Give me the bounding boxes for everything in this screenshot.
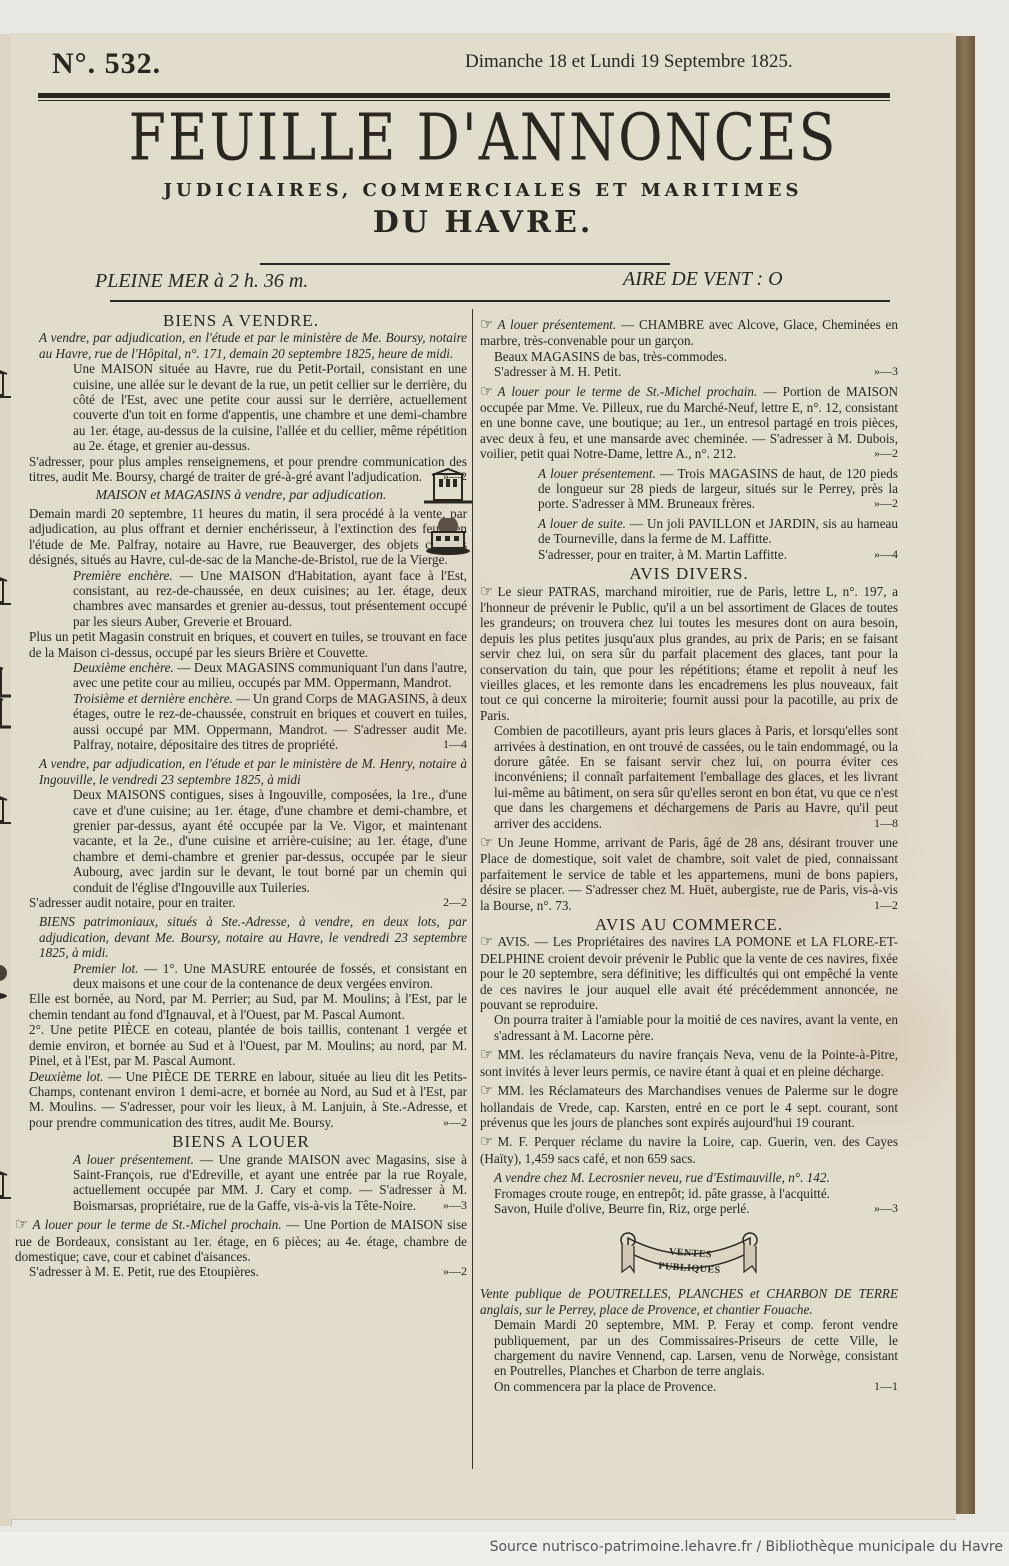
- ad-biens-ste-adresse: BIENS patrimoniaux, situés à Ste.-Adress…: [15, 914, 467, 1130]
- ad-lot: Deuxième enchère. — Deux MAGASINS commun…: [73, 660, 467, 691]
- ad-body: ☞AVIS. — Les Propriétaires des navires L…: [480, 934, 898, 1012]
- ad-intro: BIENS patrimoniaux, situés à Ste.-Adress…: [15, 914, 467, 960]
- tide-info: PLEINE MER à 2 h. 36 m.: [95, 270, 308, 293]
- pointing-hand-icon: ☞: [480, 318, 493, 333]
- ad-body: ☞MM. les réclamateurs du navire français…: [480, 1047, 898, 1079]
- issue-number: N°. 532.: [52, 47, 161, 81]
- ad-reference: »—2: [866, 496, 898, 511]
- ad-body: Une MAISON située au Havre, rue du Petit…: [73, 361, 467, 453]
- ad-lot: Deuxième lot. — Une PIÈCE DE TERRE en la…: [15, 1069, 467, 1131]
- warehouse-icon: [424, 468, 472, 506]
- ad-body: ☞Le sieur PATRAS, marchand miroitier, ru…: [480, 584, 898, 724]
- section-title-avis-divers: AVIS DIVERS.: [480, 566, 898, 581]
- masthead-subtitle: JUDICIAIRES, COMMERCIALES ET MARITIMES: [10, 180, 956, 201]
- ad-lot-part2: 2°. Une petite PIÈCE en coteau, plantée …: [15, 1022, 467, 1068]
- ad-reference: »—3: [866, 1201, 898, 1216]
- ad-maison-petit-portail: A vendre, par adjudication, en l'étude e…: [15, 330, 467, 484]
- ad-lecrosnier: A vendre chez M. Lecrosnier neveu, rue d…: [480, 1170, 898, 1216]
- ad-body: ☞A louer pour le terme de St.-Michel pro…: [15, 1217, 467, 1264]
- section-title-avis-au-commerce: AVIS AU COMMERCE.: [480, 917, 898, 932]
- ad-body: Demain Mardi 20 septembre, MM. P. Feray …: [480, 1317, 898, 1379]
- ad-intro: Demain mardi 20 septembre, 11 heures du …: [15, 506, 467, 568]
- ad-body-2: On commencera par la place de Provence. …: [480, 1379, 898, 1394]
- ad-heading: A vendre chez M. Lecrosnier neveu, rue d…: [480, 1170, 898, 1185]
- ad-reference: »—3: [866, 364, 898, 379]
- right-column: ☞A louer présentement. — CHAMBRE avec Al…: [480, 311, 898, 1398]
- ad-reference: »—2: [435, 1264, 467, 1279]
- ad-marchandises-palerme: ☞MM. les Réclamateurs des Marchandises v…: [480, 1083, 898, 1130]
- pointing-hand-icon: ☞: [480, 1084, 493, 1099]
- pointing-hand-icon: ☞: [15, 1218, 28, 1233]
- pointing-hand-icon: ☞: [480, 585, 493, 600]
- section-title-biens-a-louer: BIENS A LOUER: [15, 1134, 467, 1149]
- ad-lot-bounds: Elle est bornée, au Nord, par M. Perrier…: [15, 991, 467, 1022]
- ad-body-2: On pourra traiter à l'amiable pour la mo…: [480, 1012, 898, 1043]
- pointing-hand-icon: ☞: [480, 935, 493, 950]
- ad-heading: MAISON et MAGASINS à vendre, par adjudic…: [15, 488, 467, 503]
- ad-trois-magasins: A louer présentement. — Trois MAGASINS d…: [480, 466, 898, 512]
- ad-perquer-loire: ☞M. F. Perquer réclame du navire la Loir…: [480, 1134, 898, 1166]
- ad-reference: »—2: [866, 446, 898, 461]
- pointing-hand-icon: ☞: [480, 836, 493, 851]
- ad-lot-extra: Plus un petit Magasin construit en briqu…: [15, 629, 467, 660]
- ad-reference: 1—2: [866, 898, 898, 913]
- pointing-hand-icon: ☞: [480, 385, 493, 400]
- pointing-hand-icon: ☞: [480, 1135, 493, 1150]
- source-credit: Source nutrisco-patrimoine.lehavre.fr / …: [490, 1539, 1003, 1555]
- house-icon: [0, 789, 11, 827]
- ad-navire-neva: ☞MM. les réclamateurs du navire français…: [480, 1047, 898, 1079]
- ad-vente-poutrelles: Vente publique de POUTRELLES, PLANCHES e…: [480, 1286, 898, 1394]
- ad-reference: 1—1: [866, 1379, 898, 1394]
- issue-date: Dimanche 18 et Lundi 19 Septembre 1825.: [465, 51, 793, 73]
- ad-portion-maison-pilleux: ☞A louer pour le terme de St.-Michel pro…: [480, 384, 898, 462]
- ad-lot: Première enchère. — Une MAISON d'Habitat…: [73, 568, 467, 630]
- newspaper-page: N°. 532. Dimanche 18 et Lundi 19 Septemb…: [10, 33, 956, 1520]
- ad-body: ☞MM. les Réclamateurs des Marchandises v…: [480, 1083, 898, 1130]
- ad-reference: 1—8: [866, 816, 898, 831]
- pavilion-icon: [424, 518, 472, 556]
- ad-body: ☞M. F. Perquer réclame du navire la Loir…: [480, 1134, 898, 1166]
- farmhouse-icon: [0, 963, 9, 1001]
- wind-info: AIRE DE VENT : O: [623, 268, 783, 291]
- ad-body: Fromages croute rouge, en entrepôt; id. …: [480, 1186, 898, 1201]
- ad-contact: S'adresser, pour en traiter, à M. Martin…: [538, 547, 898, 562]
- masthead-title: FEUILLE D'ANNONCES: [10, 100, 956, 176]
- house-icon: [0, 570, 11, 608]
- ad-reference: »—2: [435, 1115, 467, 1130]
- left-column: BIENS A VENDRE. A vendre, par adjudicati…: [15, 311, 467, 1284]
- ad-body: Deux MAISONS contigues, sises à Ingouvil…: [73, 787, 467, 895]
- ad-navires-pomone: ☞AVIS. — Les Propriétaires des navires L…: [480, 934, 898, 1043]
- ad-contact: S'adresser à M. E. Petit, rue des Etoupi…: [15, 1264, 467, 1279]
- ad-contact: S'adresser à M. H. Petit. »—3: [480, 364, 898, 379]
- ad-pavillon-jardin: A louer de suite. — Un joli PAVILLON et …: [480, 516, 898, 562]
- column-divider: [472, 309, 473, 1469]
- section-title-biens-a-vendre: BIENS A VENDRE.: [15, 313, 467, 328]
- warehouse-icon: [0, 693, 11, 731]
- ad-line: Beaux MAGASINS de bas, très-commodes.: [480, 349, 898, 364]
- ad-lot: Premier lot. — 1°. Une MASURE entourée d…: [73, 961, 467, 992]
- pointing-hand-icon: ☞: [480, 1048, 493, 1063]
- header-rule-thick: [38, 93, 890, 98]
- masthead-city: DU HAVRE.: [10, 205, 956, 240]
- ventes-publiques-banner: VENTES PUBLIQUES: [614, 1230, 764, 1276]
- ad-contact: S'adresser audit notaire, pour en traite…: [15, 895, 467, 910]
- ad-chambre-alcove: ☞A louer présentement. — CHAMBRE avec Al…: [480, 317, 898, 380]
- masthead-rule: [260, 263, 670, 265]
- ad-jeune-homme: ☞Un Jeune Homme, arrivant de Paris, âgé …: [480, 835, 898, 913]
- ad-body: ☞Un Jeune Homme, arrivant de Paris, âgé …: [480, 835, 898, 913]
- house-icon: [0, 1164, 11, 1202]
- ad-reference: 2—2: [435, 895, 467, 910]
- ad-maisons-ingouville: A vendre, par adjudication, en l'étude e…: [15, 756, 467, 910]
- ad-miroitier-patras: ☞Le sieur PATRAS, marchand miroitier, ru…: [480, 584, 898, 832]
- ad-body: A louer présentement. — Trois MAGASINS d…: [538, 466, 898, 512]
- ad-body-2: Savon, Huile d'olive, Beurre fin, Riz, o…: [480, 1201, 898, 1216]
- ad-intro: A vendre, par adjudication, en l'étude e…: [15, 756, 467, 787]
- ad-intro: A vendre, par adjudication, en l'étude e…: [15, 330, 467, 361]
- ad-body: ☞A louer pour le terme de St.-Michel pro…: [480, 384, 898, 462]
- ad-reference: »—3: [435, 1198, 467, 1213]
- ad-portion-maison-bordeaux: ☞A louer pour le terme de St.-Michel pro…: [15, 1217, 467, 1280]
- ad-body: A louer présentement. — Une grande MAISO…: [73, 1152, 467, 1214]
- ad-contact: S'adresser, pour plus amples renseigneme…: [15, 454, 467, 485]
- ad-body: A louer de suite. — Un joli PAVILLON et …: [538, 516, 898, 547]
- ad-reference: »—4: [866, 547, 898, 562]
- ad-heading: Vente publique de POUTRELLES, PLANCHES e…: [480, 1286, 898, 1317]
- ad-maison-magasins: MAISON et MAGASINS à vendre, par adjudic…: [15, 488, 467, 752]
- ad-reference: 1—4: [435, 737, 467, 752]
- header-bottom-rule: [110, 300, 890, 302]
- binding-strip: [953, 36, 975, 1514]
- ad-maison-saint-francois: A louer présentement. — Une grande MAISO…: [15, 1152, 467, 1214]
- ad-body-2: Combien de pacotilleurs, ayant pris leur…: [480, 723, 898, 831]
- house-icon: [0, 363, 11, 401]
- ad-body: ☞A louer présentement. — CHAMBRE avec Al…: [480, 317, 898, 349]
- ad-lot: Troisième et dernière enchère. — Un gran…: [73, 691, 467, 753]
